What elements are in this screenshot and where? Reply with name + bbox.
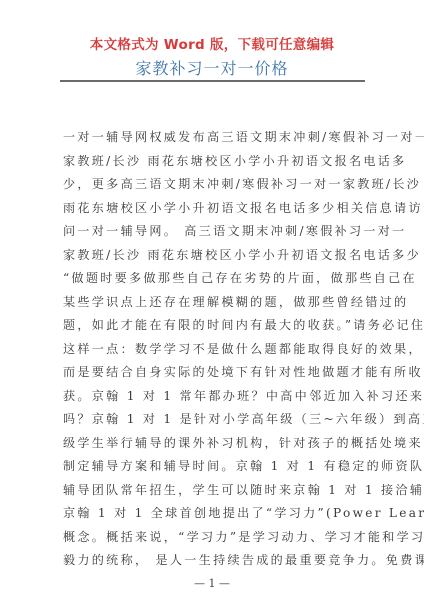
body-line: 获。京翰 1 对 1 常年都办班？中高中邻近加入补习还来得及 <box>63 386 361 410</box>
body-line: 问一对一辅导网。 高三语文期末冲刺/寒假补习一对一 <box>63 221 361 245</box>
body-line: 吗？京翰 1 对 1 是针对小学高年级（三~六年级）到高三年 <box>63 409 361 433</box>
body-line: 而是要结合自身实际的处境下有针对性地做题才能有所收 <box>63 362 361 386</box>
body-line: 少，更多高三语文期末冲刺/寒假补习一对一家教班/长沙 <box>63 174 361 198</box>
body-line: 京翰 1 对 1 全球首创地提出了“学习力”(Power Learning)的 <box>63 503 361 527</box>
body-line: 概念。概括来说，“学习力”是学习动力、学习才能和学习 <box>63 527 361 551</box>
download-notice-banner: 本文格式为 Word 版，下载可任意编辑 <box>0 33 424 53</box>
body-line: “做题时要多做那些自己存在劣势的片面，做那些自己在 <box>63 268 361 292</box>
body-line: 辅导团队常年招生，学生可以随时来京翰 1 对 1 接洽辅导。 <box>63 480 361 504</box>
body-line: 毅力的统称， 是人一生持续告成的最重要竞争力。免费课 <box>63 550 361 574</box>
body-line: 级学生举行辅导的课外补习机构，针对孩子的概括处境来 <box>63 433 361 457</box>
body-line: 某些学识点上还存在理解模糊的题，做那些曾经错过的 <box>63 292 361 316</box>
body-line: 雨花东塘校区小学小升初语文报名电话多少相关信息请访 <box>63 198 361 222</box>
body-line: 这样一点：数学学习不是做什么题都能取得良好的效果， <box>63 339 361 363</box>
body-line: 家教班/长沙 雨花东塘校区小学小升初语文报名电话多少 <box>63 245 361 269</box>
page-number: — 1 — <box>0 577 424 590</box>
body-line: 一对一辅导网权威发布高三语文期末冲刺/寒假补习一对一 <box>63 127 361 151</box>
body-line: 制定辅导方案和辅导时间。京翰 1 对 1 有稳定的师资队伍和 <box>63 456 361 480</box>
document-body: 一对一辅导网权威发布高三语文期末冲刺/寒假补习一对一 家教班/长沙 雨花东塘校区… <box>63 127 361 574</box>
document-title: 家教补习一对一价格 <box>0 56 424 79</box>
body-line: 题，如此才能在有限的时间内有最大的收获。”请务必记住 <box>63 315 361 339</box>
title-divider <box>60 80 365 82</box>
body-line: 家教班/长沙 雨花东塘校区小学小升初语文报名电话多 <box>63 151 361 175</box>
